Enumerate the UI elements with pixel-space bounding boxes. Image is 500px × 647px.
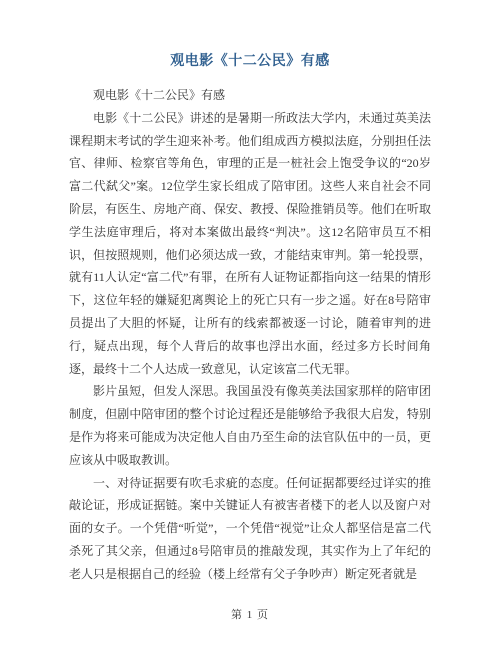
paragraph-reflection: 影片虽短，但发人深思。我国虽没有像英美法国家那样的陪审团制度，但剧中陪审团的整个… [69, 380, 431, 471]
document-page: 观电影《十二公民》有感 观电影《十二公民》有感 电影《十二公民》讲述的是暑期一所… [0, 0, 500, 647]
document-title: 观电影《十二公民》有感 [0, 50, 500, 70]
paragraph-subtitle: 观电影《十二公民》有感 [69, 84, 431, 107]
document-body: 观电影《十二公民》有感 电影《十二公民》讲述的是暑期一所政法大学内，未通过英美法… [69, 84, 431, 586]
page-number: 第 1 页 [0, 606, 500, 622]
paragraph-plot-summary: 电影《十二公民》讲述的是暑期一所政法大学内，未通过英美法课程期末考试的学生迎来补… [69, 107, 431, 381]
paragraph-point-one: 一、对待证据要有吹毛求疵的态度。任何证据都要经过详实的推敲论证，形成证据链。案中… [69, 472, 431, 586]
